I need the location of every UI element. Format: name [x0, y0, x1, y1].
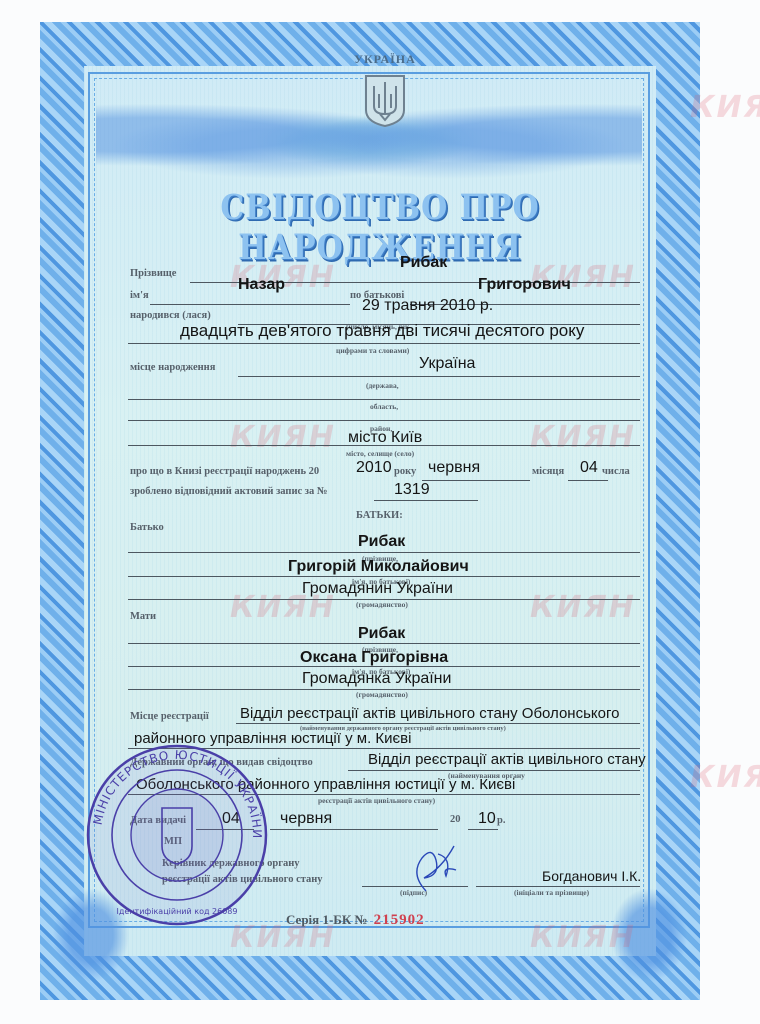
- watermark: КИЯН: [690, 760, 760, 795]
- handwritten-signature: [396, 836, 466, 896]
- city-hint: місто, селище (село): [346, 449, 414, 458]
- father-name: Григорій Миколайович: [288, 558, 469, 576]
- bird-ornament-right: [604, 880, 694, 990]
- entry-number: 1319: [394, 481, 430, 499]
- day-label: числа: [602, 466, 630, 477]
- issuer-line1: Відділ реєстрації актів цивільного стану: [368, 751, 646, 768]
- parents-heading: БАТЬКИ:: [356, 510, 403, 521]
- issuer-hint2: реєстрації актів цивільного стану): [318, 796, 435, 805]
- date-hint-words: цифрами та словами): [336, 346, 409, 355]
- father-surname: Рибак: [358, 533, 405, 551]
- birthplace-label: місце народження: [130, 362, 215, 373]
- serial-label: Серія 1-БК №: [286, 912, 368, 927]
- record-year-suffix: року: [394, 466, 416, 477]
- birth-date-digits: 29 травня 2010 р.: [362, 297, 493, 315]
- citizenship-hint: (громадянство): [356, 600, 408, 609]
- birth-date-words: двадцять дев'ятого травня дві тисячі дес…: [180, 321, 584, 341]
- serial-value: 215902: [374, 912, 425, 928]
- child-patronymic: Григорович: [478, 276, 571, 294]
- serial-number: Серія 1-БК №215902: [286, 912, 425, 929]
- watermark: КИЯН: [690, 90, 760, 125]
- record-year: 2010: [356, 459, 392, 477]
- name-label: ім'я: [130, 290, 149, 301]
- child-surname: Рибак: [400, 254, 447, 272]
- mother-citizenship: Громадянка України: [302, 670, 451, 688]
- official-hint: (ініціали та прізвище): [514, 888, 589, 897]
- record-text: про що в Книзі реєстрації народжень 20: [130, 466, 319, 477]
- official-seal-stamp: МІНІСТЕРСТВО ЮСТИЦІЇ УКРАЇНИ Ідентифікац…: [84, 742, 270, 928]
- father-citizenship: Громадянин України: [302, 580, 453, 598]
- registration-place-line1: Відділ реєстрації актів цивільного стану…: [240, 705, 619, 722]
- stamp-code-text: Ідентифікаційний код 26089: [117, 907, 238, 916]
- citizenship-hint: (громадянство): [356, 690, 408, 699]
- born-label: народився (лася): [130, 310, 211, 321]
- issue-year-suffix: р.: [497, 815, 505, 826]
- month-label: місяця: [532, 466, 564, 477]
- child-name: Назар: [238, 276, 285, 294]
- issue-year-prefix: 20: [450, 814, 461, 825]
- entry-label: зроблено відповідний актовий запис за №: [130, 486, 327, 497]
- mother-name: Оксана Григорівна: [300, 649, 448, 667]
- mother-label: Мати: [130, 611, 156, 622]
- issue-month: червня: [280, 810, 332, 828]
- issue-year: 10: [478, 810, 496, 828]
- record-day: 04: [580, 459, 598, 477]
- official-name: Богданович І.К.: [542, 868, 641, 884]
- record-month: червня: [428, 459, 480, 477]
- mother-surname: Рибак: [358, 625, 405, 643]
- trident-coat-of-arms-icon: [364, 74, 406, 128]
- document-title: СВІДОЦТВО ПРО НАРОДЖЕННЯ: [150, 188, 610, 269]
- birth-country: Україна: [419, 355, 475, 373]
- country-label: УКРАЇНА: [340, 52, 430, 67]
- state-hint: (держава,: [366, 381, 399, 390]
- region-hint: область,: [370, 402, 398, 411]
- father-label: Батько: [130, 522, 164, 533]
- registration-place-label: Місце реєстрації: [130, 711, 209, 722]
- surname-label: Прізвище: [130, 268, 176, 279]
